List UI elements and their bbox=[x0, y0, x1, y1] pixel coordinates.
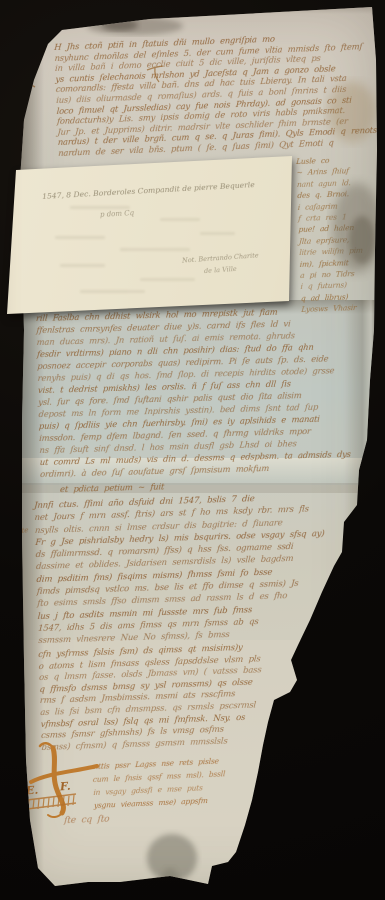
middle-paragraph: rill Faslba chn ddhist wlsirk hol mo mre… bbox=[36, 304, 351, 480]
notarial-initial-right: F. bbox=[60, 780, 71, 794]
fold-crease bbox=[0, 483, 385, 493]
right-column-fragments: Lusle co~ Arins ſhiufnant agun ld.des q.… bbox=[296, 154, 365, 316]
sheet-edge-shadow bbox=[0, 0, 385, 14]
third-paragraph: cfn ysfrmss fslsis fsm) ds qimss qt msis… bbox=[38, 642, 264, 754]
notarial-initial-left: E. bbox=[26, 784, 39, 798]
smudge-stain bbox=[102, 19, 138, 31]
marginal-note: Rate bbox=[12, 526, 29, 536]
paragraph-closing-line: et pdicta petium ~ fuit bbox=[60, 481, 164, 494]
smudge-stain bbox=[160, 868, 180, 900]
opening-paragraph: H Jhs ctoñ ptiñ in ſtatuis dñi mullo eng… bbox=[54, 30, 378, 159]
second-paragraph: Jnnfi ctus. ffimi año dsfuid dni 1547, b… bbox=[34, 491, 328, 648]
notarial-subscription: s.ttis pssr Lagss nse rets pislsecum le … bbox=[92, 754, 227, 812]
margin-flourish-icon bbox=[28, 20, 39, 87]
final-flourish-line: ſte cq ſto bbox=[64, 814, 109, 826]
manuscript-line: Rate bbox=[12, 526, 28, 536]
smudge-stain bbox=[147, 834, 197, 882]
manuscript-line: ſte cq ſto bbox=[64, 814, 110, 826]
manuscript-line: et pdicta petium ~ fuit bbox=[60, 481, 165, 494]
parchment-sheet: H Jhs ctoñ ptiñ in ſtatuis dñi mullo eng… bbox=[0, 0, 385, 900]
smudge-stain bbox=[87, 17, 183, 35]
manuscript-photo: H Jhs ctoñ ptiñ in ſtatuis dñi mullo eng… bbox=[0, 0, 385, 900]
worm-hole bbox=[101, 21, 105, 25]
